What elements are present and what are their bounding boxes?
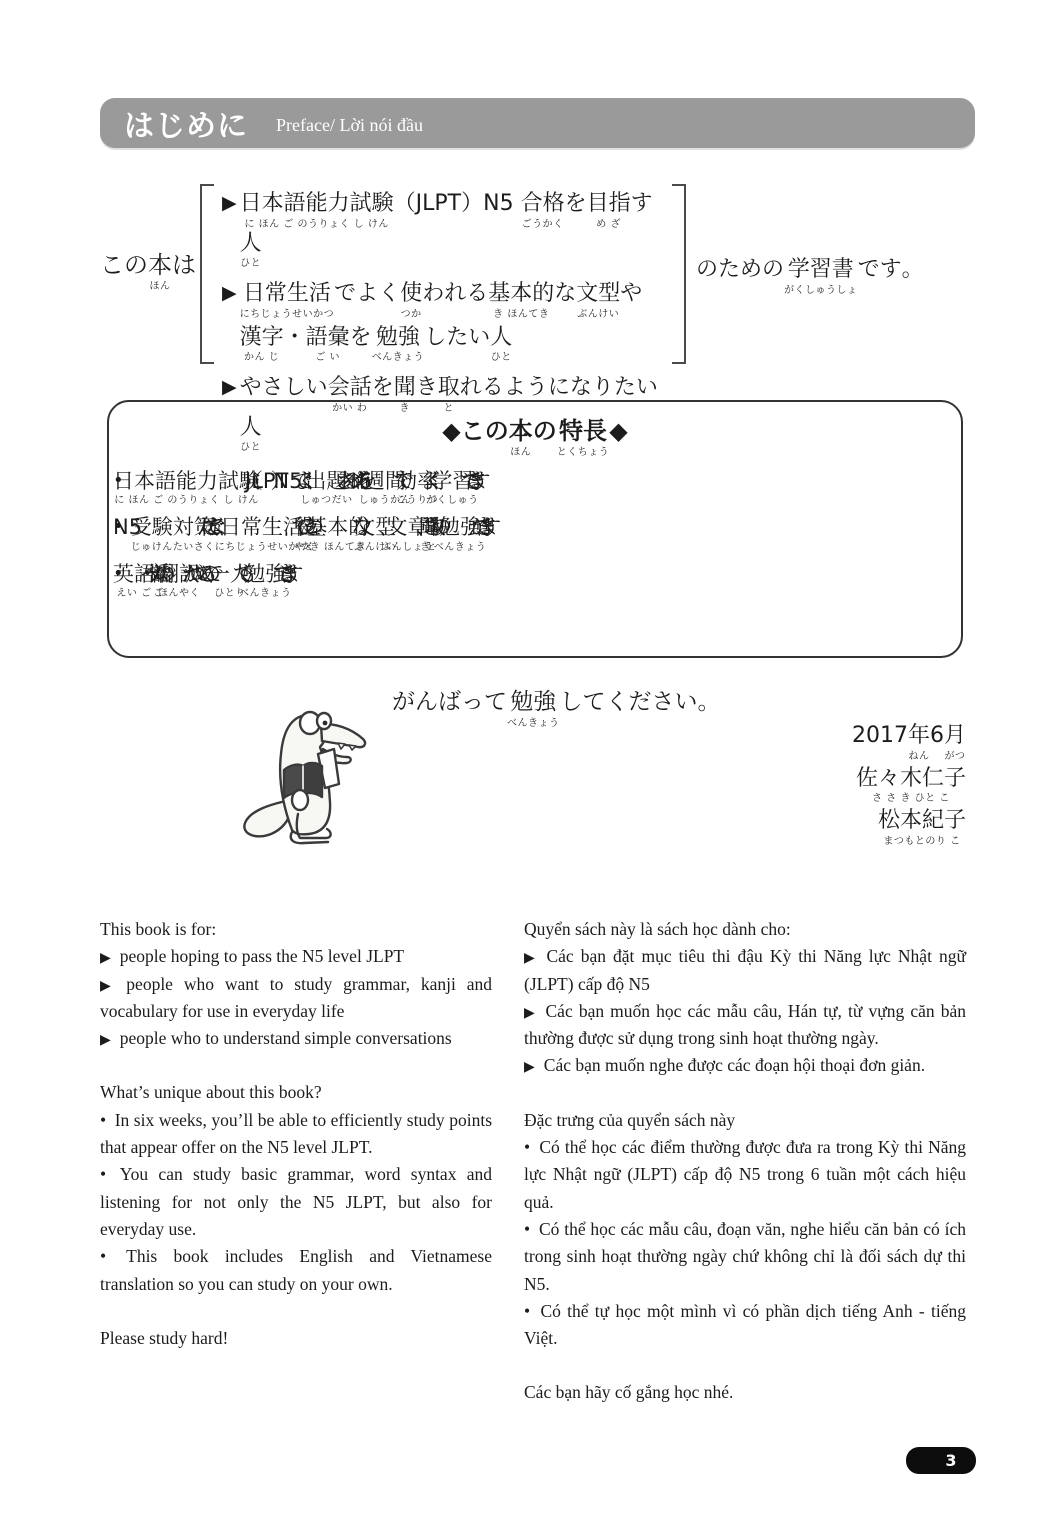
section-subtitle-translation: Preface/ Lời nói đầu — [276, 115, 423, 136]
translation-paragraph: • You can study basic grammar, word synt… — [100, 1161, 492, 1243]
arrow-marker-icon: ▶ — [100, 951, 111, 966]
paragraph-gap — [100, 1052, 492, 1079]
translation-paragraph: Quyển sách này là sách học dành cho: — [524, 916, 966, 943]
feature-bullet: • N5 受験対策じゅけんたいさくだけでなく、日常生活にちじょうせいかつで役やく… — [131, 514, 939, 552]
bullet-icon: • — [524, 1219, 530, 1239]
bullet-icon: • — [100, 1110, 106, 1130]
arrow-marker-icon: ▶ — [100, 979, 117, 994]
bracket-left — [200, 184, 214, 364]
page-number-badge: 3 — [906, 1447, 976, 1474]
ruby-segment: 本ほん — [148, 250, 172, 292]
ruby-segment: 学習書がくしゅうしょ — [784, 256, 858, 296]
ruby-segment: 基本的き ほんてき — [488, 280, 554, 320]
intro-audience-item: ▶日本語能力試験に ほん ご のうりょく し けん（JLPT）N5 合格ごうかく… — [222, 190, 668, 273]
vietnamese-translation-column: Quyển sách này là sách học dành cho:▶Các… — [524, 916, 966, 1407]
ruby-segment: 漢字かん じ — [240, 324, 284, 364]
translation-paragraph: Đặc trưng của quyển sách này — [524, 1107, 966, 1134]
arrow-marker-icon: ▶ — [222, 280, 237, 367]
ruby-segment: 語彙ご い — [306, 324, 350, 364]
translation-paragraph: • Có thể học các điểm thường được đưa ra… — [524, 1134, 966, 1216]
page-number: 3 — [945, 1451, 956, 1470]
author-name-sasaki: 佐々木仁子さ さ き ひと こ — [852, 765, 966, 805]
intro-audience-item: ▶日常生活にちじょうせいかつでよく使つかわれる基本的き ほんてきな文型ぶんけいや… — [222, 280, 668, 367]
publication-date: 2017年ねん6月がつ — [852, 722, 966, 762]
crocodile-reading-book-icon — [228, 692, 380, 850]
ruby-segment: 日常生活にちじょうせいかつ — [240, 280, 335, 320]
intro-lead-text: この本ほんは — [100, 250, 196, 292]
features-box: ◆この本ほんの特長とくちょう◆ • 日本語能力試験に ほん ご のうりょく し … — [107, 400, 963, 658]
ruby-segment: 勉強べんきょう — [372, 324, 425, 364]
section-header-bar: はじめに Preface/ Lời nói đầu — [100, 98, 975, 148]
ruby-segment: 目指め ざ — [587, 190, 631, 230]
bullet-icon: • — [524, 1301, 530, 1321]
paragraph-gap — [524, 1352, 966, 1379]
features-title: ◆この本ほんの特長とくちょう◆ — [131, 416, 939, 458]
ruby-segment: 佐々木仁子さ さ き ひと こ — [856, 765, 966, 805]
bullet-icon: • — [524, 1137, 530, 1157]
arrow-marker-icon: ▶ — [524, 1060, 535, 1075]
paragraph-gap — [524, 1080, 966, 1107]
book-page: はじめに Preface/ Lời nói đầu この本ほんは ▶日本語能力試… — [0, 0, 1063, 1536]
english-translation-column: This book is for:▶people hoping to pass … — [100, 916, 492, 1352]
feature-bullet: • 英語えい ご・ベトナム語ごの翻訳ほんやくがついているので、一人ひとりでも勉強… — [131, 561, 939, 599]
arrow-marker-icon: ▶ — [100, 1033, 111, 1048]
translation-paragraph: ▶Các bạn muốn học các mẫu câu, Hán tự, t… — [524, 998, 966, 1053]
paragraph-gap — [100, 1298, 492, 1325]
translation-paragraph: • In six weeks, you’ll be able to effici… — [100, 1107, 492, 1162]
translation-paragraph: ▶Các bạn đặt mục tiêu thi đậu Kỳ thi Năn… — [524, 943, 966, 998]
ruby-segment: 松本紀子まつもとのり こ — [878, 807, 966, 847]
ruby-segment: 年ねん — [908, 722, 930, 762]
intro-item-text: 日本語能力試験に ほん ご のうりょく し けん（JLPT）N5 合格ごうかくを… — [240, 190, 668, 273]
ruby-segment: 特長とくちょう — [557, 416, 610, 458]
translation-paragraph: • This book includes English and Vietnam… — [100, 1243, 492, 1298]
arrow-marker-icon: ▶ — [222, 190, 237, 273]
ruby-segment: 勉強べんきょう — [507, 688, 560, 729]
translation-paragraph: ▶people hoping to pass the N5 level JLPT — [100, 943, 492, 970]
ruby-segment: 人ひと — [240, 230, 262, 270]
ruby-segment: 本ほん — [509, 416, 533, 458]
ruby-segment: 使つか — [400, 280, 422, 320]
bullet-icon: • — [100, 1246, 106, 1266]
intro-tail-text: のための学習書がくしゅうしょです。 — [696, 256, 924, 296]
ruby-segment: 合格ごうかく — [521, 190, 565, 230]
translation-paragraph: ▶people who want to study grammar, kanji… — [100, 971, 492, 1026]
ruby-segment: 人ひと — [490, 324, 512, 364]
translation-paragraph: ▶people who to understand simple convers… — [100, 1025, 492, 1052]
ruby-segment: 日本語能力試験に ほん ご のうりょく し けん — [131, 468, 260, 506]
translation-paragraph: What’s unique about this book? — [100, 1079, 492, 1106]
translation-paragraph: This book is for: — [100, 916, 492, 943]
bracket-right — [672, 184, 686, 364]
translation-paragraph: ▶Các bạn muốn nghe được các đoạn hội tho… — [524, 1052, 966, 1079]
translation-paragraph: • Có thể tự học một mình vì có phần dịch… — [524, 1298, 966, 1353]
arrow-marker-icon: ▶ — [524, 1006, 537, 1021]
ruby-segment: 月がつ — [944, 722, 966, 762]
arrow-marker-icon: ▶ — [524, 951, 537, 966]
features-bullet-list: • 日本語能力試験に ほん ご のうりょく し けん（JLPT）N5 でよく出題… — [131, 468, 939, 599]
intro-item-text: 日常生活にちじょうせいかつでよく使つかわれる基本的き ほんてきな文型ぶんけいや漢… — [240, 280, 643, 367]
ruby-segment: 日本語能力試験に ほん ご のうりょく し けん — [240, 190, 394, 230]
bullet-icon: • — [100, 1164, 106, 1184]
translation-paragraph: Please study hard! — [100, 1325, 492, 1352]
translation-paragraph: • Có thể học các mẫu câu, đoạn văn, nghe… — [524, 1216, 966, 1298]
section-title-japanese: はじめに — [124, 101, 248, 145]
study-encouragement-message: がんばって勉強べんきょうしてください。 — [392, 688, 721, 729]
feature-bullet: • 日本語能力試験に ほん ご のうりょく し けん（JLPT）N5 でよく出題… — [131, 468, 939, 506]
author-name-matsumoto: 松本紀子まつもとのり こ — [852, 807, 966, 847]
ruby-segment: 文型ぶんけい — [576, 280, 620, 320]
translation-paragraph: Các bạn hãy cố gắng học nhé. — [524, 1379, 966, 1406]
signature-block: 2017年ねん6月がつ 佐々木仁子さ さ き ひと こ 松本紀子まつもとのり こ — [852, 722, 966, 850]
